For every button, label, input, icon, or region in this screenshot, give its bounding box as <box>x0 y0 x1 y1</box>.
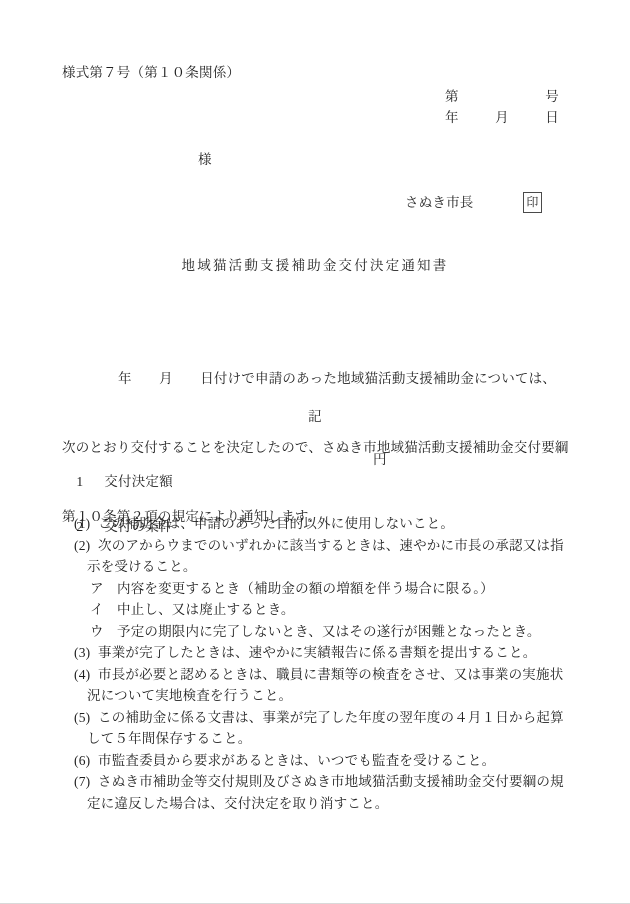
condition-text: 市監査委員から要求があるときは、いつでも監査を受けること。 <box>98 753 495 768</box>
condition-line: (6)市監査委員から要求があるときは、いつでも監査を受けること。 <box>62 750 582 772</box>
condition-text: この補助金は、申請のあった目的以外に使用しないこと。 <box>98 516 454 531</box>
paragraph-line: 年 月 日付けで申請のあった地域猫活動支援補助金については、 <box>62 367 582 390</box>
condition-marker: (4) <box>74 664 98 686</box>
document-page: 様式第７号（第１０条関係） 第 号 年 月 日 様 さぬき市長 印 地域猫活動支… <box>0 0 630 904</box>
condition-line: ウ予定の期限内に完了しないとき、又はその遂行が困難となったとき。 <box>62 621 582 643</box>
condition-marker: (5) <box>74 707 98 729</box>
document-number-line: 第 号 <box>445 86 559 108</box>
condition-text: 定に違反した場合は、交付決定を取り消すこと。 <box>87 796 388 811</box>
condition-line: (2)次のアからウまでのいずれかに該当するときは、速やかに市長の承認又は指 <box>62 535 582 557</box>
condition-line: (5)この補助金に係る文書は、事業が完了した年度の翌年度の４月１日から起算 <box>62 707 582 729</box>
date-year-label: 年 <box>445 107 459 129</box>
condition-marker: ア <box>90 578 117 600</box>
condition-line: (4)市長が必要と認めるときは、職員に書類等の検査をさせ、又は事業の実施状 <box>62 664 582 686</box>
conditions-list: (1)この補助金は、申請のあった目的以外に使用しないこと。(2)次のアからウまで… <box>62 513 582 814</box>
condition-marker: ウ <box>90 621 117 643</box>
condition-marker: (3) <box>74 642 98 664</box>
doc-number-prefix: 第 <box>445 86 459 108</box>
condition-line: ア内容を変更するとき（補助金の額の増額を伴う場合に限る。） <box>62 578 582 600</box>
record-marker: 記 <box>0 406 630 428</box>
seal-placeholder-box: 印 <box>523 192 542 213</box>
condition-text: 況について実地検査を行うこと。 <box>87 688 292 703</box>
condition-text: 次のアからウまでのいずれかに該当するときは、速やかに市長の承認又は指 <box>98 538 564 553</box>
condition-line: 定に違反した場合は、交付決定を取り消すこと。 <box>62 793 582 815</box>
condition-text: 予定の期限内に完了しないとき、又はその遂行が困難となったとき。 <box>117 624 541 639</box>
condition-text: さぬき市補助金等交付規則及びさぬき市地域猫活動支援補助金交付要綱の規 <box>98 774 564 789</box>
condition-line: 示を受けること。 <box>62 556 582 578</box>
condition-text: して５年間保存すること。 <box>87 731 251 746</box>
doc-number-suffix: 号 <box>545 86 559 108</box>
condition-marker: イ <box>90 599 117 621</box>
condition-text: 内容を変更するとき（補助金の額の増額を伴う場合に限る。） <box>117 581 494 596</box>
condition-line: して５年間保存すること。 <box>62 728 582 750</box>
condition-line: (3)事業が完了したときは、速やかに実績報告に係る書類を提出すること。 <box>62 642 582 664</box>
condition-marker: (1) <box>74 513 98 535</box>
yen-unit-label: 円 <box>373 449 387 471</box>
condition-text: 示を受けること。 <box>87 559 197 574</box>
addressee-suffix: 様 <box>198 149 212 171</box>
seal-label: 印 <box>526 192 538 213</box>
condition-marker: (7) <box>74 771 98 793</box>
form-number: 様式第７号（第１０条関係） <box>62 62 240 84</box>
grant-amount-label: 交付決定額 <box>104 474 173 489</box>
condition-text: この補助金に係る文書は、事業が完了した年度の翌年度の４月１日から起算 <box>98 710 564 725</box>
condition-text: 市長が必要と認めるときは、職員に書類等の検査をさせ、又は事業の実施状 <box>98 667 563 682</box>
condition-marker: (6) <box>74 750 98 772</box>
condition-text: 事業が完了したときは、速やかに実績報告に係る書類を提出すること。 <box>98 645 536 660</box>
condition-line: 況について実地検査を行うこと。 <box>62 685 582 707</box>
condition-line: (7)さぬき市補助金等交付規則及びさぬき市地域猫活動支援補助金交付要綱の規 <box>62 771 582 793</box>
condition-line: イ中止し、又は廃止するとき。 <box>62 599 582 621</box>
condition-text: 中止し、又は廃止するとき。 <box>117 602 295 617</box>
document-title: 地域猫活動支援補助金交付決定通知書 <box>0 255 630 277</box>
item-number: 1 <box>76 471 104 493</box>
date-line: 年 月 日 <box>445 107 559 129</box>
condition-line: (1)この補助金は、申請のあった目的以外に使用しないこと。 <box>62 513 582 535</box>
date-month-label: 月 <box>495 107 509 129</box>
issuer-name: さぬき市長 <box>405 192 474 214</box>
condition-marker: (2) <box>74 535 98 557</box>
date-day-label: 日 <box>545 107 559 129</box>
